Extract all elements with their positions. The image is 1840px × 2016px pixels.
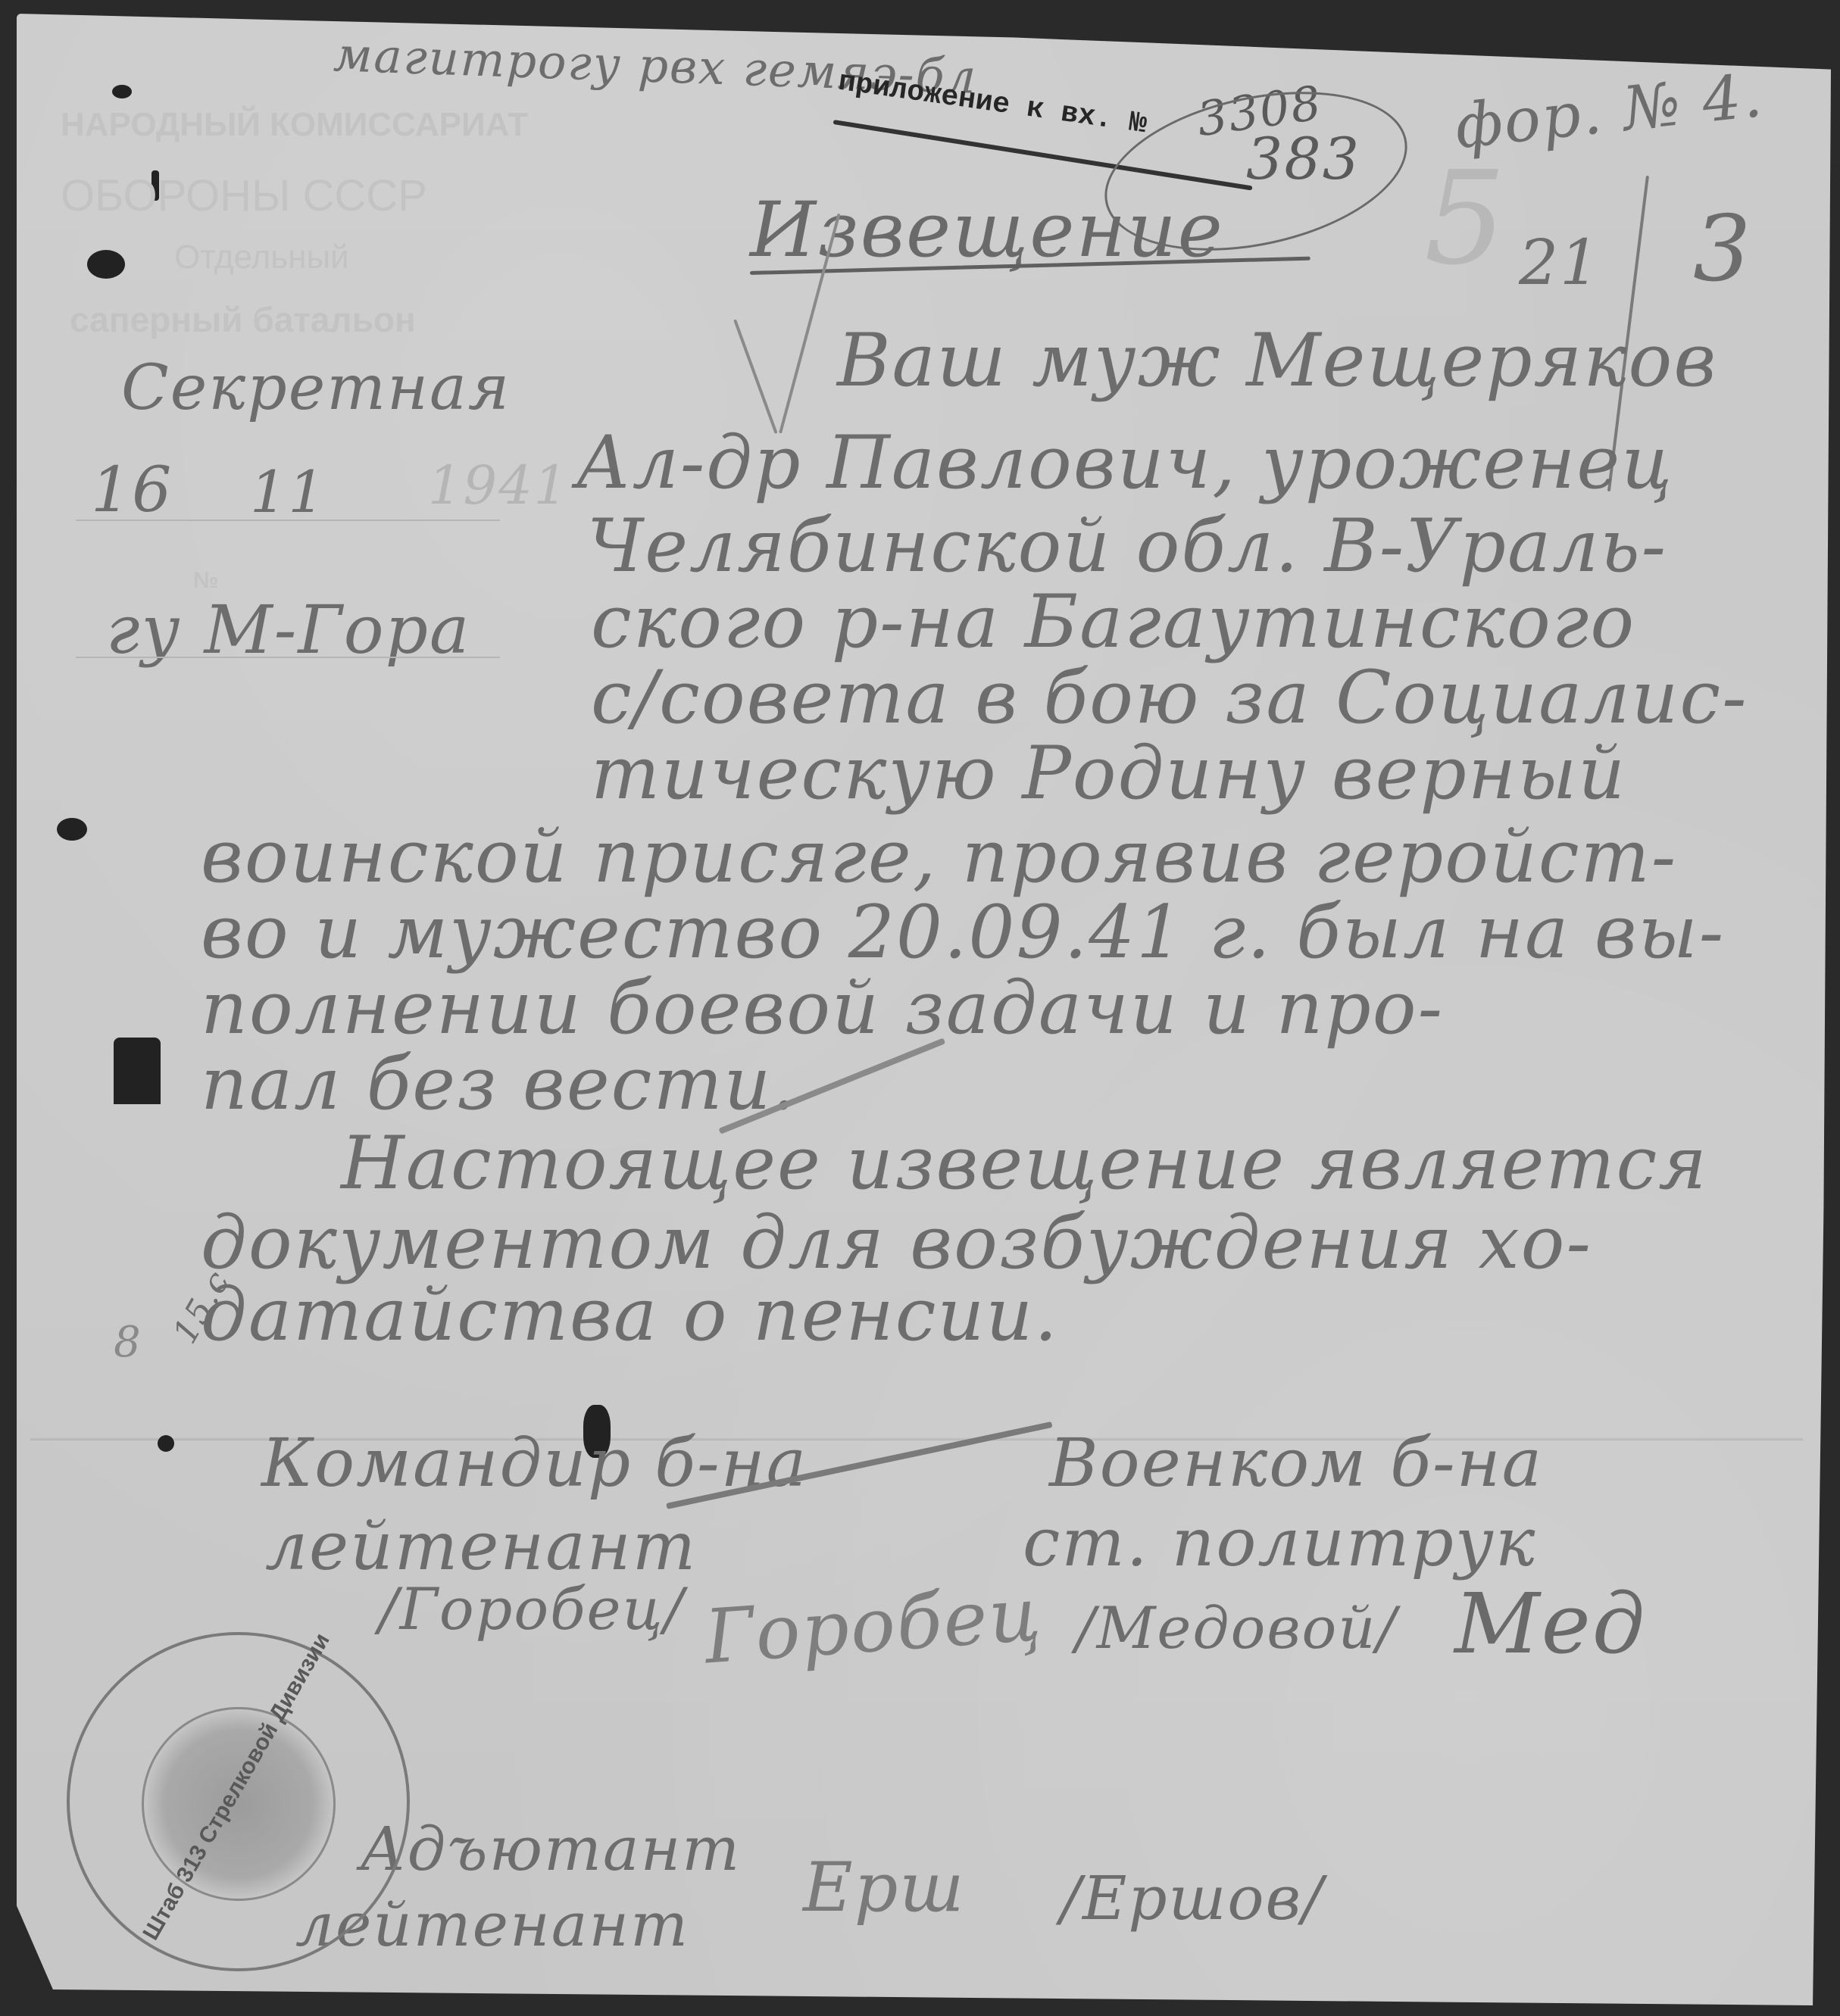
bottom-signer-name: /Ершов/	[1061, 1863, 1324, 1933]
right-signature: Мед	[1454, 1575, 1646, 1672]
body-line-8: во и мужество 20.09.41 г. был на вы-	[201, 890, 1725, 975]
body-line-7: воинской присяге, проявив геройст-	[201, 814, 1677, 899]
left-signer-title-2: лейтенант	[265, 1507, 697, 1585]
letterhead-line-4: саперный батальон	[70, 299, 416, 340]
right-signer-name: /Медовой/	[1076, 1594, 1398, 1662]
body-line-2: Ал-др Павлович, уроженец	[576, 420, 1673, 505]
right-signer-title-1: Военком б-на	[1049, 1424, 1543, 1502]
bottom-signature: Ерш	[803, 1848, 966, 1927]
closing-line-3: датайства о пенсии.	[201, 1272, 1059, 1357]
place-underline	[76, 657, 500, 658]
date-day: 16	[91, 454, 173, 526]
body-line-5: с/совета в бою за Социалис-	[591, 655, 1748, 740]
punch-hole	[112, 85, 132, 98]
margin-big-number: 5	[1424, 144, 1507, 294]
punch-hole	[87, 250, 125, 279]
body-line-4: ского р-на Багаутинского	[591, 579, 1635, 664]
margin-note-2: 8	[114, 1318, 142, 1367]
ink-blot	[114, 1038, 161, 1104]
punch-hole	[57, 818, 87, 841]
margin-fraction-top: 21	[1519, 227, 1601, 299]
bottom-signer-title-1: Адъютант	[360, 1814, 741, 1884]
body-line-6: тическую Родину верный	[591, 731, 1626, 816]
classification: Секретная	[121, 352, 511, 424]
date-year: 1941	[428, 454, 569, 516]
scanned-document: НАРОДНЫЙ КОМИССАРИАТ ОБОРОНЫ СССР Отдель…	[0, 0, 1840, 2016]
body-line-3: Челябинской обл. В-Ураль-	[587, 504, 1667, 588]
body-line-1: Ваш муж Мещеряков	[837, 318, 1717, 403]
letterhead-line-2: ОБОРОНЫ СССР	[61, 170, 427, 221]
body-line-9: полнении боевой задачи и про-	[201, 966, 1444, 1050]
punch-hole	[158, 1435, 174, 1452]
body-line-10: пал без вести.	[201, 1041, 797, 1126]
number-label: №	[193, 568, 218, 594]
right-signer-title-2: ст. политрук	[1023, 1503, 1536, 1581]
closing-line-1: Настоящее извещение является	[341, 1121, 1708, 1206]
left-signer-name: /Горобец/	[379, 1575, 685, 1643]
division-seal: Штаб 313 Стрелковой Дивизии	[67, 1632, 410, 1971]
letterhead-line-3: Отдельный	[174, 239, 349, 276]
letterhead-line-1: НАРОДНЫЙ КОМИССАРИАТ	[61, 106, 528, 144]
date-underline	[76, 520, 500, 521]
margin-fraction-right: 3	[1693, 197, 1752, 302]
date-month: 11	[250, 458, 326, 526]
